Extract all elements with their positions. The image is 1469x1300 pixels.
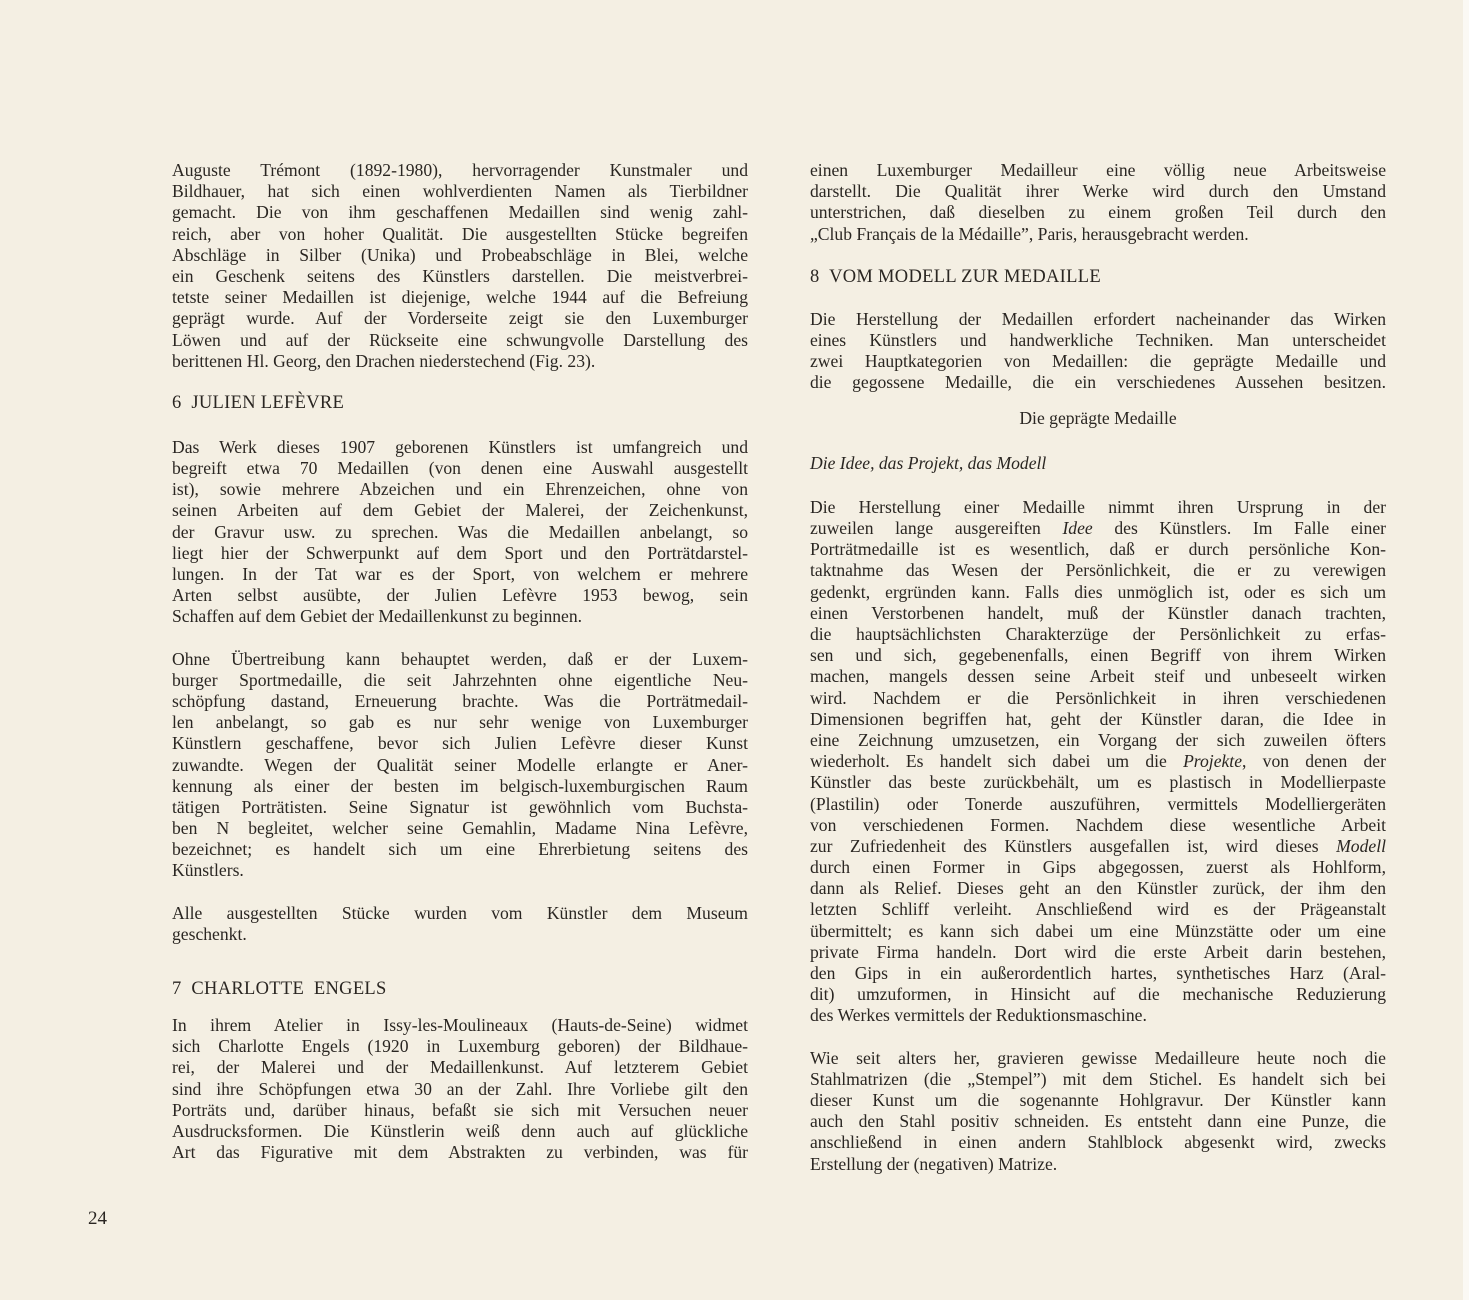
text-line: tetste seiner Medaillen ist diejenige, w…: [172, 287, 748, 308]
text-line: Künstlern geschaffene, bevor sich Julien…: [172, 733, 748, 754]
text-line: anschließend in einen andern Stahlblock …: [810, 1132, 1386, 1153]
text-line: ist), sowie mehrere Abzeichen und ein Eh…: [172, 479, 748, 500]
right-column: einen Luxemburger Medailleur eine völlig…: [810, 160, 1386, 1196]
text-line: len anbelangt, so gab es nur sehr wenige…: [172, 712, 748, 733]
text-line: übermittelt; es kann sich dabei um eine …: [810, 921, 1386, 942]
text-line: seinen Arbeiten auf dem Gebiet der Maler…: [172, 500, 748, 521]
text-line: Ohne Übertreibung kann behauptet werden,…: [172, 649, 748, 670]
paragraph-engels-cont: einen Luxemburger Medailleur eine völlig…: [810, 160, 1386, 245]
text-line: Porträts und, darüber hinaus, befaßt sie…: [172, 1100, 748, 1121]
text-line: einen Luxemburger Medailleur eine völlig…: [810, 160, 1386, 181]
text-line: taktnahme das Wesen der Persönlichkeit, …: [810, 560, 1386, 581]
text-line: machen, mangels dessen seine Arbeit stei…: [810, 666, 1386, 687]
text-line: tätigen Porträtisten. Seine Signatur ist…: [172, 797, 748, 818]
text-line: ben N begleitet, welcher seine Gemahlin,…: [172, 818, 748, 839]
text-line: Arten selbst ausübte, der Julien Lefèvre…: [172, 585, 748, 606]
section-heading-6: 6 JULIEN LEFÈVRE: [172, 393, 748, 415]
text-line: Schaffen auf dem Gebiet der Medaillenkun…: [172, 606, 748, 627]
text-line: auch den Stahl positiv schneiden. Es ent…: [810, 1111, 1386, 1132]
text-line: Löwen und auf der Rückseite eine schwung…: [172, 330, 748, 351]
paragraph-herstellung-intro: Die Herstellung der Medaillen erfordert …: [810, 309, 1386, 394]
emphasis-idee: Idee: [1062, 518, 1092, 538]
text-line: Die Herstellung der Medaillen erfordert …: [810, 309, 1386, 330]
text-line: des Werkes vermittels der Reduktionsmasc…: [810, 1005, 1386, 1026]
text-line: Ausdrucksformen. Die Künstlerin weiß den…: [172, 1121, 748, 1142]
text-line: Auguste Trémont (1892-1980), hervorragen…: [172, 160, 748, 181]
page-edge: [1463, 0, 1469, 1300]
text-line: durch einen Former in Gips abgegossen, z…: [810, 857, 1386, 878]
page-number: 24: [88, 1208, 107, 1230]
text-line: Die Herstellung einer Medaille nimmt ihr…: [810, 497, 1386, 518]
text-line: letzten Schliff verleiht. Anschließend w…: [810, 899, 1386, 920]
text-line: den Gips in ein außerordentlich hartes, …: [810, 963, 1386, 984]
text-line: wird. Nachdem er die Persönlichkeit in i…: [810, 688, 1386, 709]
text-line: zur Zufriedenheit des Künstlers ausgefal…: [810, 836, 1386, 857]
text-line: reich, aber von hoher Qualität. Die ausg…: [172, 224, 748, 245]
text-line: sen und sich, gegebenenfalls, einen Begr…: [810, 645, 1386, 666]
text-line: darstellt. Die Qualität ihrer Werke wird…: [810, 181, 1386, 202]
text-line: Stahlmatrizen (die „Stempel”) mit dem St…: [810, 1069, 1386, 1090]
text-line: sind ihre Schöpfungen etwa 30 an der Zah…: [172, 1079, 748, 1100]
text-line: zuweilen lange ausgereiften Idee des Kün…: [810, 518, 1386, 539]
text-line: In ihrem Atelier in Issy-les-Moulineaux …: [172, 1015, 748, 1036]
text-line: gemacht. Die von ihm geschaffenen Medail…: [172, 202, 748, 223]
text-line: die gegossene Medaille, die ein verschie…: [810, 372, 1386, 393]
paragraph-idee: Die Herstellung einer Medaille nimmt ihr…: [810, 497, 1386, 1027]
text-line: wiederholt. Es handelt sich dabei um die…: [810, 751, 1386, 772]
text-line: rei, der Malerei und der Medaillenkunst.…: [172, 1057, 748, 1078]
section-heading-7: 7 CHARLOTTE ENGELS: [172, 979, 748, 1001]
text-line: die hauptsächlichsten Charakterzüge der …: [810, 624, 1386, 645]
text-line: gedenkt, ergründen kann. Falls dies unmö…: [810, 582, 1386, 603]
text-line: liegt hier der Schwerpunkt auf dem Sport…: [172, 543, 748, 564]
text-line: Künstlers.: [172, 860, 748, 881]
text-line: dann als Relief. Dieses geht an den Küns…: [810, 878, 1386, 899]
text-line: burger Sportmedaille, die seit Jahrzehnt…: [172, 670, 748, 691]
subheading-idee-projekt-modell: Die Idee, das Projekt, das Modell: [810, 453, 1386, 474]
text-line: berittenen Hl. Georg, den Drachen nieder…: [172, 351, 748, 372]
text-line: „Club Français de la Médaille”, Paris, h…: [810, 224, 1386, 245]
text-line: ein Geschenk seitens des Künstlers darst…: [172, 266, 748, 287]
emphasis-modell: Modell: [1336, 836, 1386, 856]
text-line: Abschläge in Silber (Unika) und Probeabs…: [172, 245, 748, 266]
text-line: Alle ausgestellten Stücke wurden vom Kün…: [172, 903, 748, 924]
text-line: Das Werk dieses 1907 geborenen Künstlers…: [172, 437, 748, 458]
text-line: kennung als einer der besten im belgisch…: [172, 776, 748, 797]
text-line: lungen. In der Tat war es der Sport, von…: [172, 564, 748, 585]
section-heading-8: 8 VOM MODELL ZUR MEDAILLE: [810, 267, 1386, 289]
subheading-gepraegte-medaille: Die geprägte Medaille: [810, 408, 1386, 429]
text-line: Bildhauer, hat sich einen wohlverdienten…: [172, 181, 748, 202]
text-line: Künstler das beste zurückbehält, um es p…: [810, 772, 1386, 793]
paragraph-lefevre-2: Ohne Übertreibung kann behauptet werden,…: [172, 649, 748, 882]
text-line: geprägt wurde. Auf der Vorderseite zeigt…: [172, 308, 748, 329]
text-line: zuwandte. Wegen der Qualität seiner Mode…: [172, 755, 748, 776]
text-line: dieser Kunst um die sogenannte Hohlgravu…: [810, 1090, 1386, 1111]
emphasis-projekte: Projekte: [1183, 751, 1242, 771]
paragraph-tremont: Auguste Trémont (1892-1980), hervorragen…: [172, 160, 748, 372]
paragraph-lefevre-3: Alle ausgestellten Stücke wurden vom Kün…: [172, 903, 748, 945]
text-line: Erstellung der (negativen) Matrize.: [810, 1154, 1386, 1175]
text-line: Wie seit alters her, gravieren gewisse M…: [810, 1048, 1386, 1069]
text-line: eine Zeichnung umzusetzen, ein Vorgang d…: [810, 730, 1386, 751]
text-line: der Gravur usw. zu sprechen. Was die Med…: [172, 522, 748, 543]
paragraph-lefevre-1: Das Werk dieses 1907 geborenen Künstlers…: [172, 437, 748, 628]
text-line: Art das Figurative mit dem Abstrakten zu…: [172, 1142, 748, 1163]
text-line: geschenkt.: [172, 924, 748, 945]
left-column: Auguste Trémont (1892-1980), hervorragen…: [172, 160, 748, 1184]
text-line: Dimensionen begriffen hat, geht der Küns…: [810, 709, 1386, 730]
text-line: einen Verstorbenen handelt, muß der Küns…: [810, 603, 1386, 624]
text-line: Porträtmedaille ist es wesentlich, daß e…: [810, 539, 1386, 560]
text-line: begreift etwa 70 Medaillen (von denen ei…: [172, 458, 748, 479]
text-line: (Plastilin) oder Tonerde auszuführen, ve…: [810, 794, 1386, 815]
text-line: dit) umzuformen, in Hinsicht auf die mec…: [810, 984, 1386, 1005]
paragraph-engels: In ihrem Atelier in Issy-les-Moulineaux …: [172, 1015, 748, 1163]
text-line: eines Künstlers und handwerkliche Techni…: [810, 330, 1386, 351]
paragraph-stahlmatrizen: Wie seit alters her, gravieren gewisse M…: [810, 1048, 1386, 1175]
text-line: private Firma handeln. Dort wird die ers…: [810, 942, 1386, 963]
text-line: zwei Hauptkategorien von Medaillen: die …: [810, 351, 1386, 372]
text-line: schöpfung dastand, Erneuerung brachte. W…: [172, 691, 748, 712]
text-line: von verschiedenen Formen. Nachdem diese …: [810, 815, 1386, 836]
text-line: unterstrichen, daß dieselben zu einem gr…: [810, 202, 1386, 223]
text-line: bezeichnet; es handelt sich um eine Ehre…: [172, 839, 748, 860]
text-line: sich Charlotte Engels (1920 in Luxemburg…: [172, 1036, 748, 1057]
